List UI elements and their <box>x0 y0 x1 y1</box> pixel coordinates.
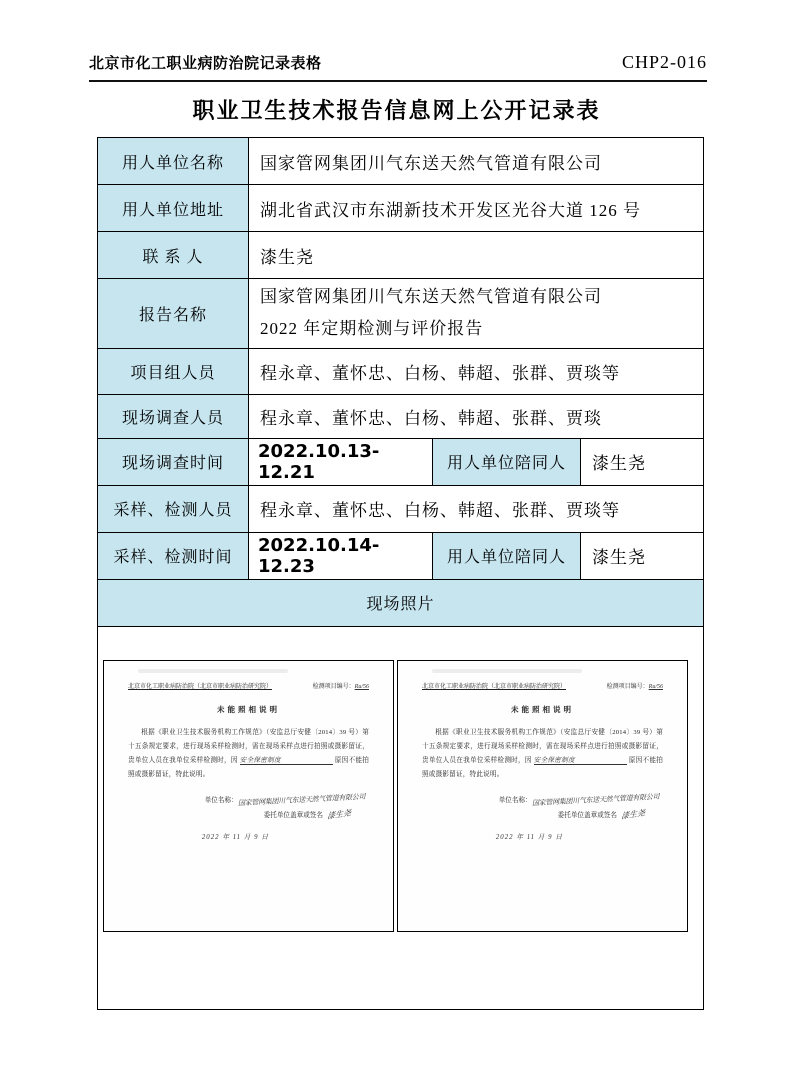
scan-project-no-label: 检测项目编号： <box>313 684 355 690</box>
scan-title: 未能照相说明 <box>422 704 663 715</box>
scan-sign-line: 委托单位盖章或签名漆生尧 <box>422 809 659 822</box>
scan-org-line: 北京市化工职业病防治院（北京市职业病防治研究院） <box>422 681 566 690</box>
report-name-value: 国家管网集团川气东送天然气管道有限公司 2022 年定期检测与评价报告 <box>249 279 704 349</box>
scan-project-no-value: Ru/56 <box>355 684 369 690</box>
survey-time-value: 2022.10.13-12.21 <box>249 438 433 485</box>
contact-label: 联 系 人 <box>98 232 249 279</box>
photo-note-scan-right: 北京市化工职业病防治院（北京市职业病防治研究院） 检测项目编号：Ru/56 未能… <box>397 660 688 932</box>
project-team-value: 程永章、董怀忠、白杨、韩超、张群、贾琰等 <box>249 348 704 394</box>
page-header: 北京市化工职业病防治院记录表格 CHP2-016 <box>89 52 707 82</box>
survey-time-label: 现场调查时间 <box>98 438 249 485</box>
scan-unit-label: 单位名称： <box>499 797 532 804</box>
scan-signature: 漆生尧 <box>327 807 352 823</box>
sampling-staff-label: 采样、检测人员 <box>98 485 249 532</box>
sampling-staff-value: 程永章、董怀忠、白杨、韩超、张群、贾琰等 <box>249 485 704 532</box>
scan-container: 北京市化工职业病防治院（北京市职业病防治研究院） 检测项目编号：Ru/56 未能… <box>103 660 703 932</box>
scan-date: 2022 年 11 月 9 日 <box>422 831 663 841</box>
table-row: 采样、检测人员 程永章、董怀忠、白杨、韩超、张群、贾琰等 <box>98 485 704 532</box>
survey-companion-label: 用人单位陪同人 <box>433 438 581 485</box>
document-page: 北京市化工职业病防治院记录表格 CHP2-016 职业卫生技术报告信息网上公开记… <box>0 0 793 1069</box>
scan-project-no-label: 检测项目编号： <box>607 684 649 690</box>
scan-signature-block: 单位名称：国家管网集团川气东送天然气管道有限公司 委托单位盖章或签名漆生尧 <box>128 796 369 821</box>
scan-sign-label: 委托单位盖章或签名 <box>558 812 617 819</box>
survey-companion-value: 漆生尧 <box>581 438 704 485</box>
scan-unit-handwritten: 国家管网集团川气东送天然气管道有限公司 <box>532 794 660 808</box>
scan-header: 北京市化工职业病防治院（北京市职业病防治研究院） 检测项目编号：Ru/56 <box>128 681 369 690</box>
scan-reason-handwritten: 安全保密制度 <box>240 757 333 765</box>
site-photos-header: 现场照片 <box>98 579 704 626</box>
form-org-name: 北京市化工职业病防治院记录表格 <box>89 52 322 73</box>
scan-sign-label: 委托单位盖章或签名 <box>264 812 323 819</box>
table-row: 现场调查时间 2022.10.13-12.21 用人单位陪同人 漆生尧 <box>98 438 704 485</box>
sampling-time-label: 采样、检测时间 <box>98 532 249 579</box>
photo-note-scan-left: 北京市化工职业病防治院（北京市职业病防治研究院） 检测项目编号：Ru/56 未能… <box>103 660 394 932</box>
survey-staff-value: 程永章、董怀忠、白杨、韩超、张群、贾琰 <box>249 394 704 438</box>
sampling-time-value: 2022.10.14-12.23 <box>249 532 433 579</box>
scan-unit-label: 单位名称： <box>205 797 238 804</box>
employer-name-label: 用人单位名称 <box>98 138 249 185</box>
site-photos-cell: 北京市化工职业病防治院（北京市职业病防治研究院） 检测项目编号：Ru/56 未能… <box>98 626 704 1009</box>
sampling-companion-value: 漆生尧 <box>581 532 704 579</box>
table-row: 北京市化工职业病防治院（北京市职业病防治研究院） 检测项目编号：Ru/56 未能… <box>98 626 704 1009</box>
scan-project-no: 检测项目编号：Ru/56 <box>607 681 663 690</box>
table-row: 用人单位地址 湖北省武汉市东湖新技术开发区光谷大道 126 号 <box>98 185 704 232</box>
scan-body: 根据《职业卫生技术服务机构工作规范》（安监总厅安健〔2014〕39 号）第十五条… <box>422 726 663 783</box>
scan-date: 2022 年 11 月 9 日 <box>128 831 369 841</box>
report-name-line1: 国家管网集团川气东送天然气管道有限公司 <box>260 281 697 313</box>
employer-name-value: 国家管网集团川气东送天然气管道有限公司 <box>249 138 704 185</box>
table-row: 现场照片 <box>98 579 704 626</box>
page-title: 职业卫生技术报告信息网上公开记录表 <box>0 94 793 125</box>
survey-staff-label: 现场调查人员 <box>98 394 249 438</box>
scan-project-no-value: Ru/56 <box>649 684 663 690</box>
table-row: 项目组人员 程永章、董怀忠、白杨、韩超、张群、贾琰等 <box>98 348 704 394</box>
table-row: 采样、检测时间 2022.10.14-12.23 用人单位陪同人 漆生尧 <box>98 532 704 579</box>
scan-signature-block: 单位名称：国家管网集团川气东送天然气管道有限公司 委托单位盖章或签名漆生尧 <box>422 796 663 821</box>
record-table: 用人单位名称 国家管网集团川气东送天然气管道有限公司 用人单位地址 湖北省武汉市… <box>97 137 704 1010</box>
scan-reason-handwritten: 安全保密制度 <box>534 757 627 765</box>
form-code: CHP2-016 <box>622 52 707 73</box>
scan-header: 北京市化工职业病防治院（北京市职业病防治研究院） 检测项目编号：Ru/56 <box>422 681 663 690</box>
table-row: 报告名称 国家管网集团川气东送天然气管道有限公司 2022 年定期检测与评价报告 <box>98 279 704 349</box>
scan-title: 未能照相说明 <box>128 704 369 715</box>
scan-unit-line: 单位名称：国家管网集团川气东送天然气管道有限公司 <box>422 796 659 807</box>
table-row: 联 系 人 漆生尧 <box>98 232 704 279</box>
scan-unit-line: 单位名称：国家管网集团川气东送天然气管道有限公司 <box>128 796 365 807</box>
scan-org-line: 北京市化工职业病防治院（北京市职业病防治研究院） <box>128 681 272 690</box>
scan-sign-line: 委托单位盖章或签名漆生尧 <box>128 809 365 822</box>
employer-address-value: 湖北省武汉市东湖新技术开发区光谷大道 126 号 <box>249 185 704 232</box>
sampling-companion-label: 用人单位陪同人 <box>433 532 581 579</box>
table-row: 现场调查人员 程永章、董怀忠、白杨、韩超、张群、贾琰 <box>98 394 704 438</box>
table-row: 用人单位名称 国家管网集团川气东送天然气管道有限公司 <box>98 138 704 185</box>
scan-signature: 漆生尧 <box>621 807 646 823</box>
scan-project-no: 检测项目编号：Ru/56 <box>313 681 369 690</box>
contact-value: 漆生尧 <box>249 232 704 279</box>
report-name-label: 报告名称 <box>98 279 249 349</box>
employer-address-label: 用人单位地址 <box>98 185 249 232</box>
scan-body: 根据《职业卫生技术服务机构工作规范》（安监总厅安健〔2014〕39 号）第十五条… <box>128 726 369 783</box>
project-team-label: 项目组人员 <box>98 348 249 394</box>
scan-unit-handwritten: 国家管网集团川气东送天然气管道有限公司 <box>238 794 366 808</box>
report-name-line2: 2022 年定期检测与评价报告 <box>260 313 697 345</box>
